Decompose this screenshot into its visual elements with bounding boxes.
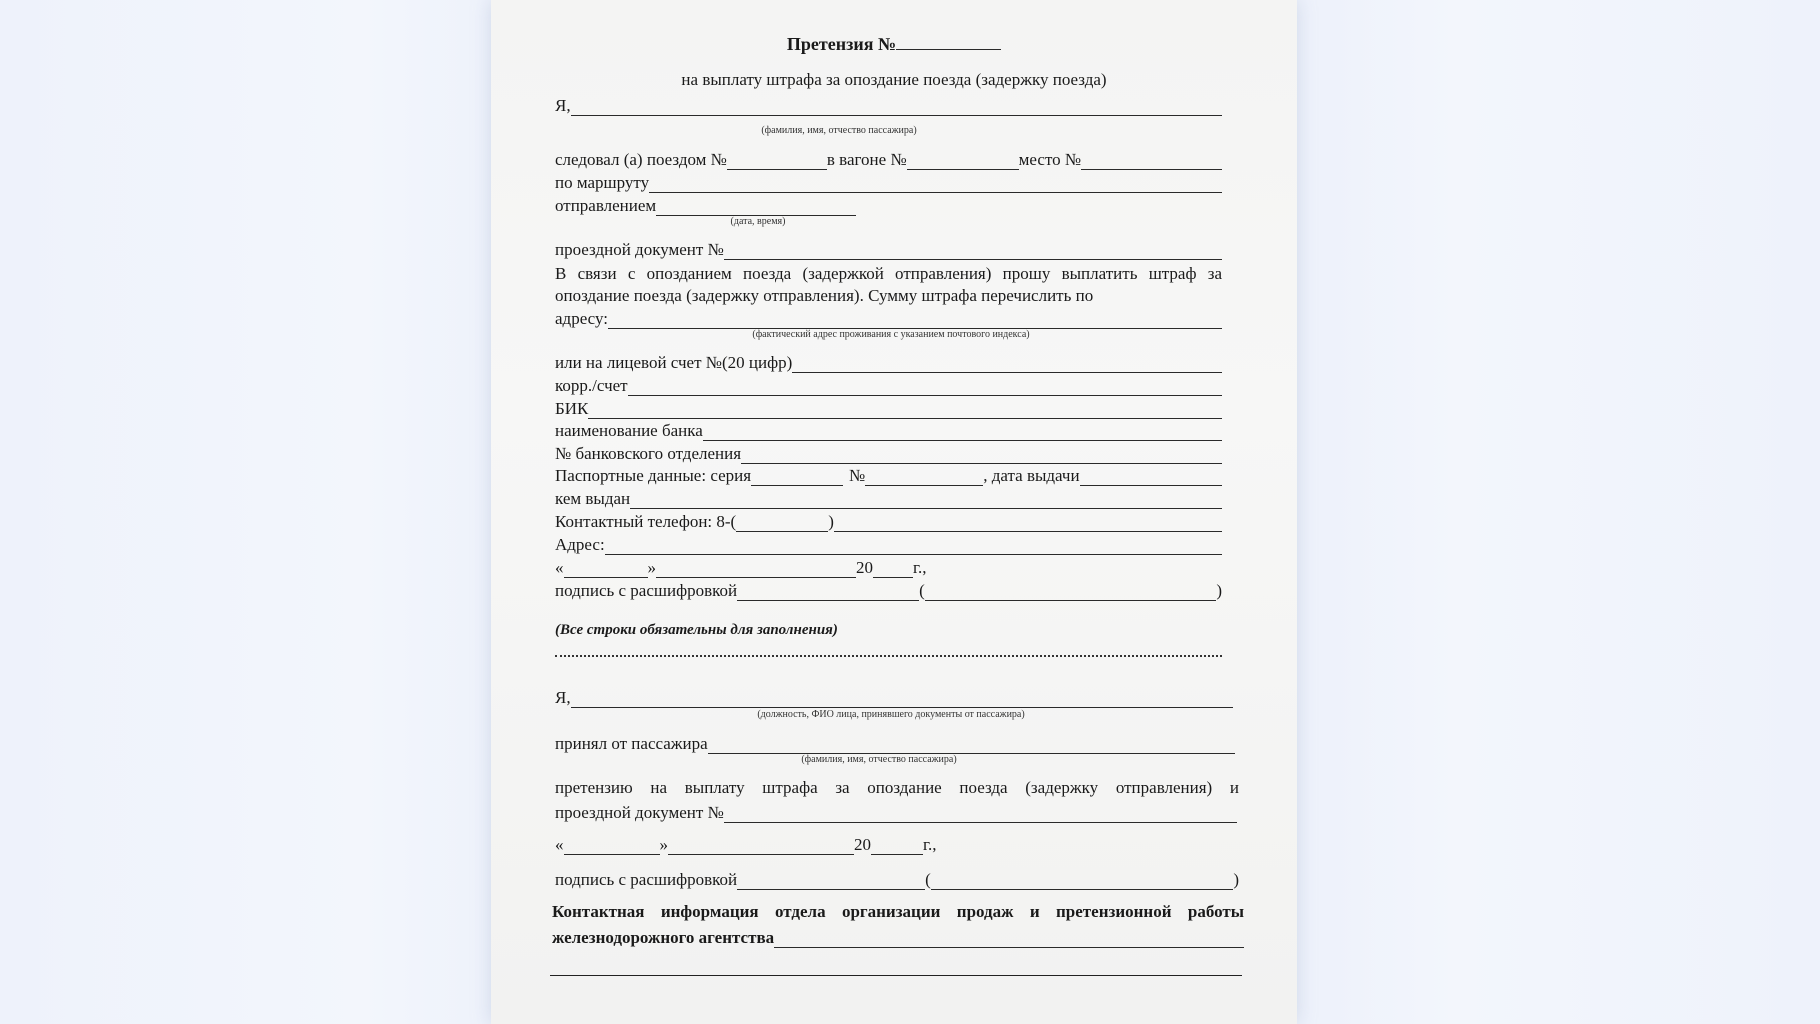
ticket-label: проездной документ № [555, 240, 724, 260]
paren-close: ) [1216, 581, 1222, 601]
departure-label: отправлением [555, 196, 656, 216]
cut-line [555, 655, 1222, 657]
received-from-caption: (фамилия, имя, отчество пассажира) [801, 754, 956, 766]
ticket-row: проездной документ № [555, 240, 1222, 260]
contact-info-heading: Контактная информация отдела организации… [552, 902, 1244, 922]
contact-agency-field[interactable] [774, 932, 1244, 948]
contact-agency-label: железнодорожного агентства [552, 928, 774, 948]
year-prefix: 20 [856, 558, 873, 578]
title-text: Претензия № [787, 34, 896, 54]
train-number-field[interactable] [727, 154, 827, 170]
year-suffix: г., [923, 835, 937, 855]
claim-number-field[interactable] [896, 34, 1001, 50]
official-name-field[interactable] [571, 692, 1233, 708]
i-label: Я, [555, 688, 571, 708]
bik-label: БИК [555, 399, 588, 419]
address-caption: (фактический адрес проживания с указание… [752, 329, 1029, 341]
acceptance-ticket-field[interactable] [724, 807, 1237, 823]
received-from-field[interactable] [708, 738, 1235, 754]
date-quote-open: « [555, 558, 564, 578]
passenger-name-caption: (фамилия, имя, отчество пассажира) [761, 125, 916, 137]
month-field[interactable] [656, 562, 856, 578]
bik-field[interactable] [588, 403, 1222, 419]
passenger-name-row: Я, [555, 96, 1222, 116]
address-label: адресу: [555, 309, 608, 329]
account-row: или на лицевой счет №(20 цифр) [555, 353, 1222, 373]
acceptance-signature-field[interactable] [737, 874, 925, 890]
paren-close: ) [1233, 870, 1239, 890]
passport-row: Паспортные данные: серия № , дата выдачи [555, 466, 1222, 486]
corr-account-label: корр./счет [555, 376, 628, 396]
claim-form-page: Претензия № на выплату штрафа за опоздан… [491, 0, 1297, 1024]
passport-number-field[interactable] [865, 470, 983, 486]
phone-row: Контактный телефон: 8-( ) [555, 512, 1222, 532]
ticket-number-field[interactable] [724, 244, 1222, 260]
departure-row: отправлением [555, 196, 1222, 216]
form-title: Претензия № [491, 34, 1297, 55]
issue-date-field[interactable] [1080, 470, 1222, 486]
address-row: адресу: [555, 309, 1222, 329]
bank-branch-field[interactable] [741, 448, 1222, 464]
passport-series-label: Паспортные данные: серия [555, 466, 751, 486]
issue-date-label: , дата выдачи [983, 466, 1079, 486]
signature-decoding-field[interactable] [925, 585, 1217, 601]
official-name-row: Я, [555, 688, 1233, 708]
issued-by-field[interactable] [630, 493, 1222, 509]
train-row: следовал (а) поездом № в вагоне № место … [555, 150, 1222, 170]
departure-caption: (дата, время) [731, 216, 786, 228]
home-address-label: Адрес: [555, 535, 605, 555]
request-line-1: В связи с опозданием поезда (задержкой о… [555, 264, 1222, 284]
bank-name-label: наименование банка [555, 421, 703, 441]
form-subtitle: на выплату штрафа за опоздание поезда (з… [491, 70, 1297, 90]
passport-number-label: № [849, 466, 865, 486]
seat-number-field[interactable] [1081, 154, 1222, 170]
corr-account-row: корр./счет [555, 376, 1222, 396]
date-quote-close: » [660, 835, 669, 855]
day-field[interactable] [564, 562, 648, 578]
received-from-row: принял от пассажира [555, 734, 1235, 754]
year-suffix: г., [913, 558, 927, 578]
train-label: следовал (а) поездом № [555, 150, 727, 170]
issued-by-row: кем выдан [555, 489, 1222, 509]
acceptance-ticket-row: проездной документ № [555, 803, 1237, 823]
contact-agency-row: железнодорожного агентства [552, 928, 1244, 948]
year-field[interactable] [873, 562, 913, 578]
car-number-field[interactable] [907, 154, 1019, 170]
signature-row: подпись с расшифровкой ( ) [555, 581, 1222, 601]
route-row: по маршруту [555, 173, 1222, 193]
acceptance-date-row: « » 20 г., [555, 835, 1222, 855]
acceptance-day-field[interactable] [564, 839, 660, 855]
request-line-2: опоздание поезда (задержку отправления).… [555, 286, 1222, 306]
acceptance-signature-decoding-field[interactable] [931, 874, 1234, 890]
phone-number-field[interactable] [834, 516, 1222, 532]
departure-field[interactable] [656, 200, 856, 216]
acceptance-signature-row: подпись с расшифровкой ( ) [555, 870, 1239, 890]
issued-by-label: кем выдан [555, 489, 630, 509]
date-row: « » 20 г., [555, 558, 1222, 578]
home-address-row: Адрес: [555, 535, 1222, 555]
date-quote-close: » [648, 558, 657, 578]
received-from-label: принял от пассажира [555, 734, 708, 754]
bik-row: БИК [555, 399, 1222, 419]
route-label: по маршруту [555, 173, 649, 193]
bank-branch-row: № банковского отделения [555, 444, 1222, 464]
account-field[interactable] [792, 357, 1222, 373]
acceptance-year-field[interactable] [871, 839, 923, 855]
route-field[interactable] [649, 177, 1222, 193]
corr-account-field[interactable] [628, 380, 1222, 396]
home-address-field[interactable] [605, 539, 1222, 555]
address-field[interactable] [608, 313, 1222, 329]
phone-area-code-field[interactable] [736, 516, 828, 532]
signature-field[interactable] [737, 585, 919, 601]
signature-label: подпись с расшифровкой [555, 581, 737, 601]
date-quote-open: « [555, 835, 564, 855]
bank-branch-label: № банковского отделения [555, 444, 741, 464]
signature-label: подпись с расшифровкой [555, 870, 737, 890]
contact-extra-field[interactable] [550, 975, 1242, 976]
ticket-label: проездной документ № [555, 803, 724, 823]
official-caption: (должность, ФИО лица, принявшего докумен… [757, 709, 1024, 721]
passenger-name-field[interactable] [571, 100, 1222, 116]
phone-label: Контактный телефон: 8-( [555, 512, 736, 532]
required-note: (Все строки обязательны для заполнения) [555, 620, 1222, 640]
passport-series-field[interactable] [751, 470, 843, 486]
acceptance-month-field[interactable] [668, 839, 854, 855]
car-label: в вагоне № [827, 150, 907, 170]
account-label: или на лицевой счет №(20 цифр) [555, 353, 792, 373]
bank-name-row: наименование банка [555, 421, 1222, 441]
seat-label: место № [1019, 150, 1081, 170]
i-label: Я, [555, 96, 571, 116]
year-prefix: 20 [854, 835, 871, 855]
bank-name-field[interactable] [703, 425, 1222, 441]
claim-line: претензию на выплату штрафа за опоздание… [555, 778, 1239, 798]
